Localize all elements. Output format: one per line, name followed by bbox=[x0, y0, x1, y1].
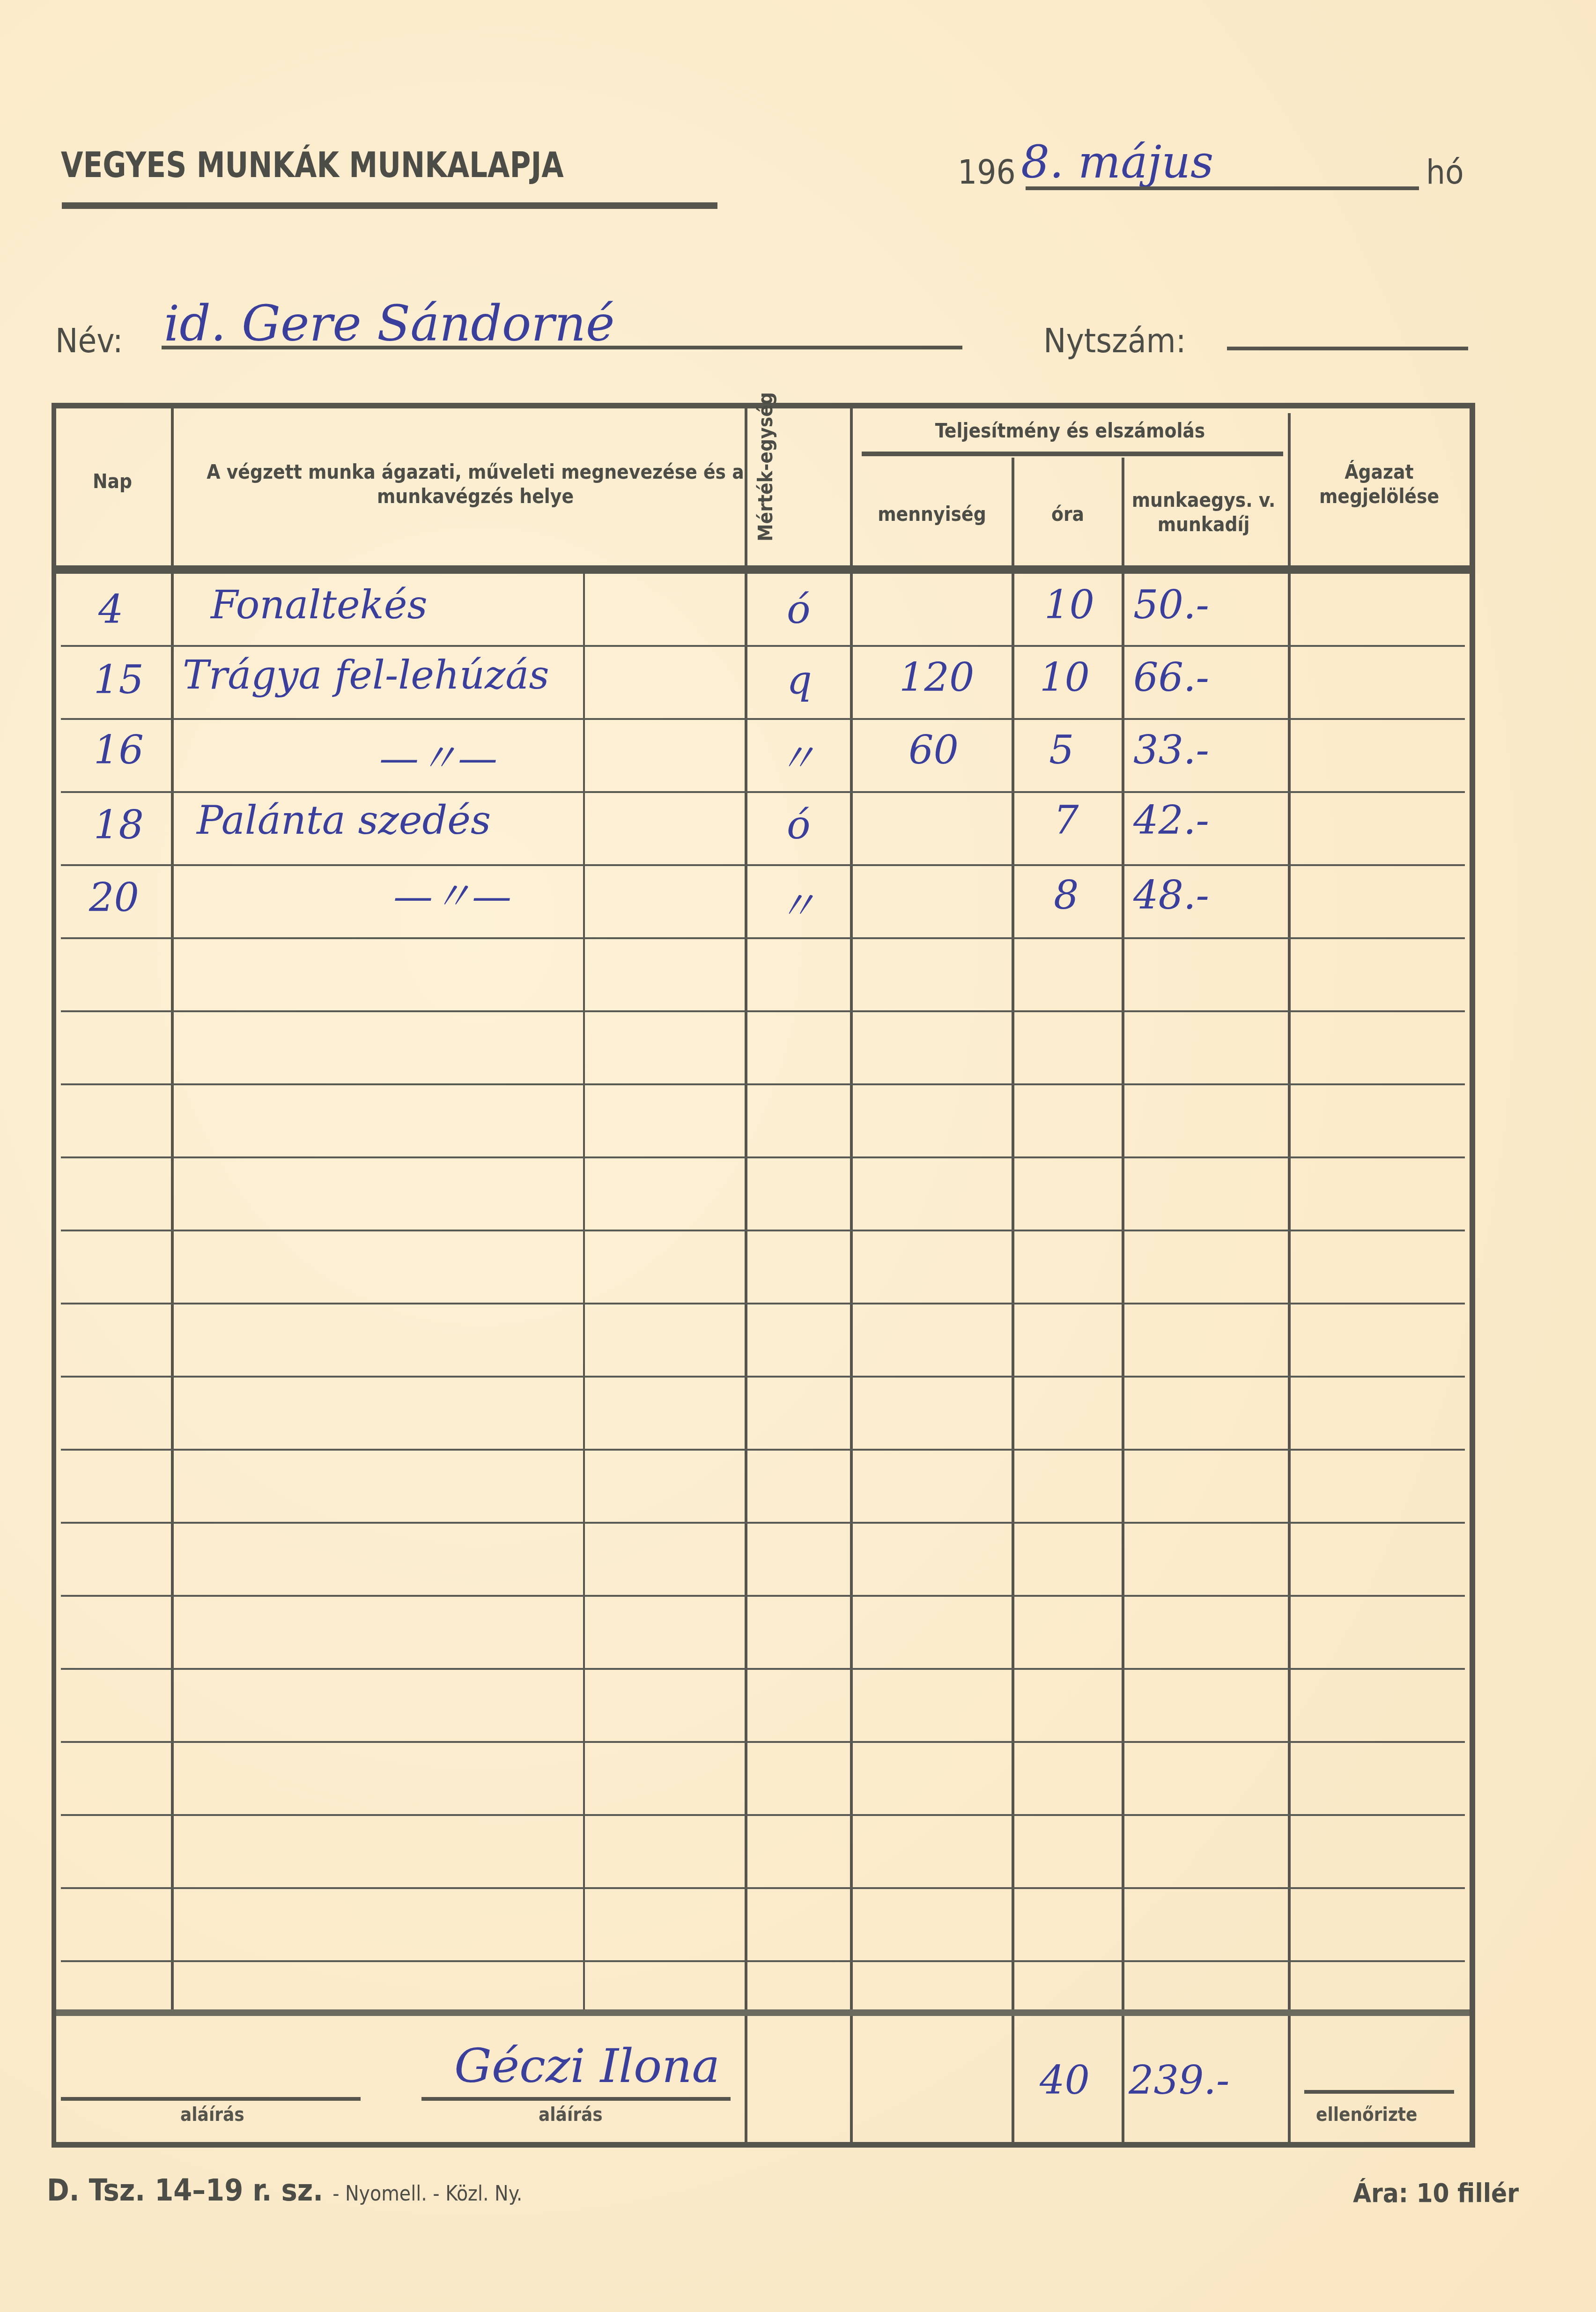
signature-label-1: aláírás bbox=[180, 2104, 244, 2126]
cell-description[interactable]: —〃— bbox=[379, 727, 497, 784]
col-header-group: Teljesítmény és elszámolás bbox=[852, 419, 1288, 443]
col-header-unit: Mérték-egység bbox=[754, 429, 777, 541]
cell-unit[interactable]: ó bbox=[787, 586, 811, 632]
cell-unit[interactable]: q bbox=[787, 657, 812, 703]
cell-hours[interactable]: 7 bbox=[1054, 797, 1079, 843]
cell-pay[interactable]: 48.- bbox=[1133, 872, 1209, 918]
cell-nap[interactable]: 15 bbox=[94, 657, 144, 703]
printer-text: - Nyomell. - Közl. Ny. bbox=[332, 2182, 522, 2206]
cell-unit[interactable]: 〃 bbox=[777, 727, 817, 784]
cell-nap[interactable]: 16 bbox=[94, 727, 144, 773]
col-header-sector: Ágazat megjelölése bbox=[1293, 460, 1466, 509]
cell-description[interactable]: Fonaltekés bbox=[211, 582, 428, 628]
pay-total[interactable]: 239.- bbox=[1129, 2057, 1229, 2103]
cell-pay[interactable]: 42.- bbox=[1133, 797, 1209, 843]
col-header-description: A végzett munka ágazati, műveleti megnev… bbox=[187, 460, 763, 509]
col-header-hours: óra bbox=[1014, 502, 1122, 526]
form-code-text: D. Tsz. 14–19 r. sz. bbox=[47, 2173, 323, 2208]
name-line bbox=[162, 346, 962, 349]
cell-nap[interactable]: 4 bbox=[98, 586, 123, 632]
form-title: VEGYES MUNKÁK MUNKALAPJA bbox=[61, 145, 564, 185]
checked-label: ellenőrizte bbox=[1316, 2104, 1417, 2126]
form-code: D. Tsz. 14–19 r. sz. - Nyomell. - Közl. … bbox=[47, 2173, 522, 2208]
title-underline bbox=[62, 202, 717, 209]
price-label: Ára: 10 fillér bbox=[1353, 2178, 1519, 2208]
year-month-line bbox=[1026, 186, 1419, 190]
cell-nap[interactable]: 20 bbox=[89, 874, 139, 920]
signature-field-2[interactable]: Géczi Ilona bbox=[454, 2038, 720, 2093]
cell-pay[interactable]: 50.- bbox=[1133, 582, 1209, 628]
name-field[interactable]: id. Gere Sándorné bbox=[164, 295, 615, 352]
work-log-table: Nap A végzett munka ágazati, műveleti me… bbox=[52, 403, 1475, 2148]
signature-line-1[interactable] bbox=[61, 2097, 361, 2101]
nytszam-field[interactable] bbox=[1227, 347, 1468, 350]
cell-hours[interactable]: 8 bbox=[1054, 872, 1079, 918]
cell-hours[interactable]: 10 bbox=[1040, 654, 1090, 700]
cell-description[interactable]: —〃— bbox=[393, 865, 511, 922]
cell-unit[interactable]: 〃 bbox=[777, 874, 817, 931]
hours-total[interactable]: 40 bbox=[1040, 2057, 1090, 2103]
month-suffix: hó bbox=[1426, 152, 1464, 192]
cell-quantity[interactable]: 120 bbox=[899, 654, 974, 700]
cell-pay[interactable]: 33.- bbox=[1133, 727, 1209, 773]
year-month-field[interactable]: 8. május bbox=[1021, 136, 1213, 188]
cell-pay[interactable]: 66.- bbox=[1133, 654, 1209, 700]
table-header: Nap A végzett munka ágazati, műveleti me… bbox=[56, 408, 1470, 574]
cell-unit[interactable]: ó bbox=[787, 802, 811, 848]
name-label: Név: bbox=[55, 321, 123, 360]
cell-description[interactable]: Palánta szedés bbox=[197, 797, 491, 843]
cell-hours[interactable]: 10 bbox=[1044, 582, 1094, 628]
signature-label-2: aláírás bbox=[539, 2104, 603, 2126]
signature-line-2 bbox=[421, 2097, 731, 2101]
cell-nap[interactable]: 18 bbox=[94, 802, 144, 848]
nytszam-label: Nytszám: bbox=[1043, 321, 1186, 360]
cell-hours[interactable]: 5 bbox=[1049, 727, 1074, 773]
cell-description[interactable]: Trágya fel-lehúzás bbox=[183, 652, 549, 698]
col-header-quantity: mennyiség bbox=[852, 502, 1012, 526]
col-header-nap: Nap bbox=[56, 469, 169, 494]
cell-quantity[interactable]: 60 bbox=[909, 727, 959, 773]
checked-line[interactable] bbox=[1304, 2090, 1454, 2094]
year-prefix: 196 bbox=[958, 152, 1016, 192]
col-header-pay: munkaegys. v. munkadíj bbox=[1124, 488, 1283, 537]
